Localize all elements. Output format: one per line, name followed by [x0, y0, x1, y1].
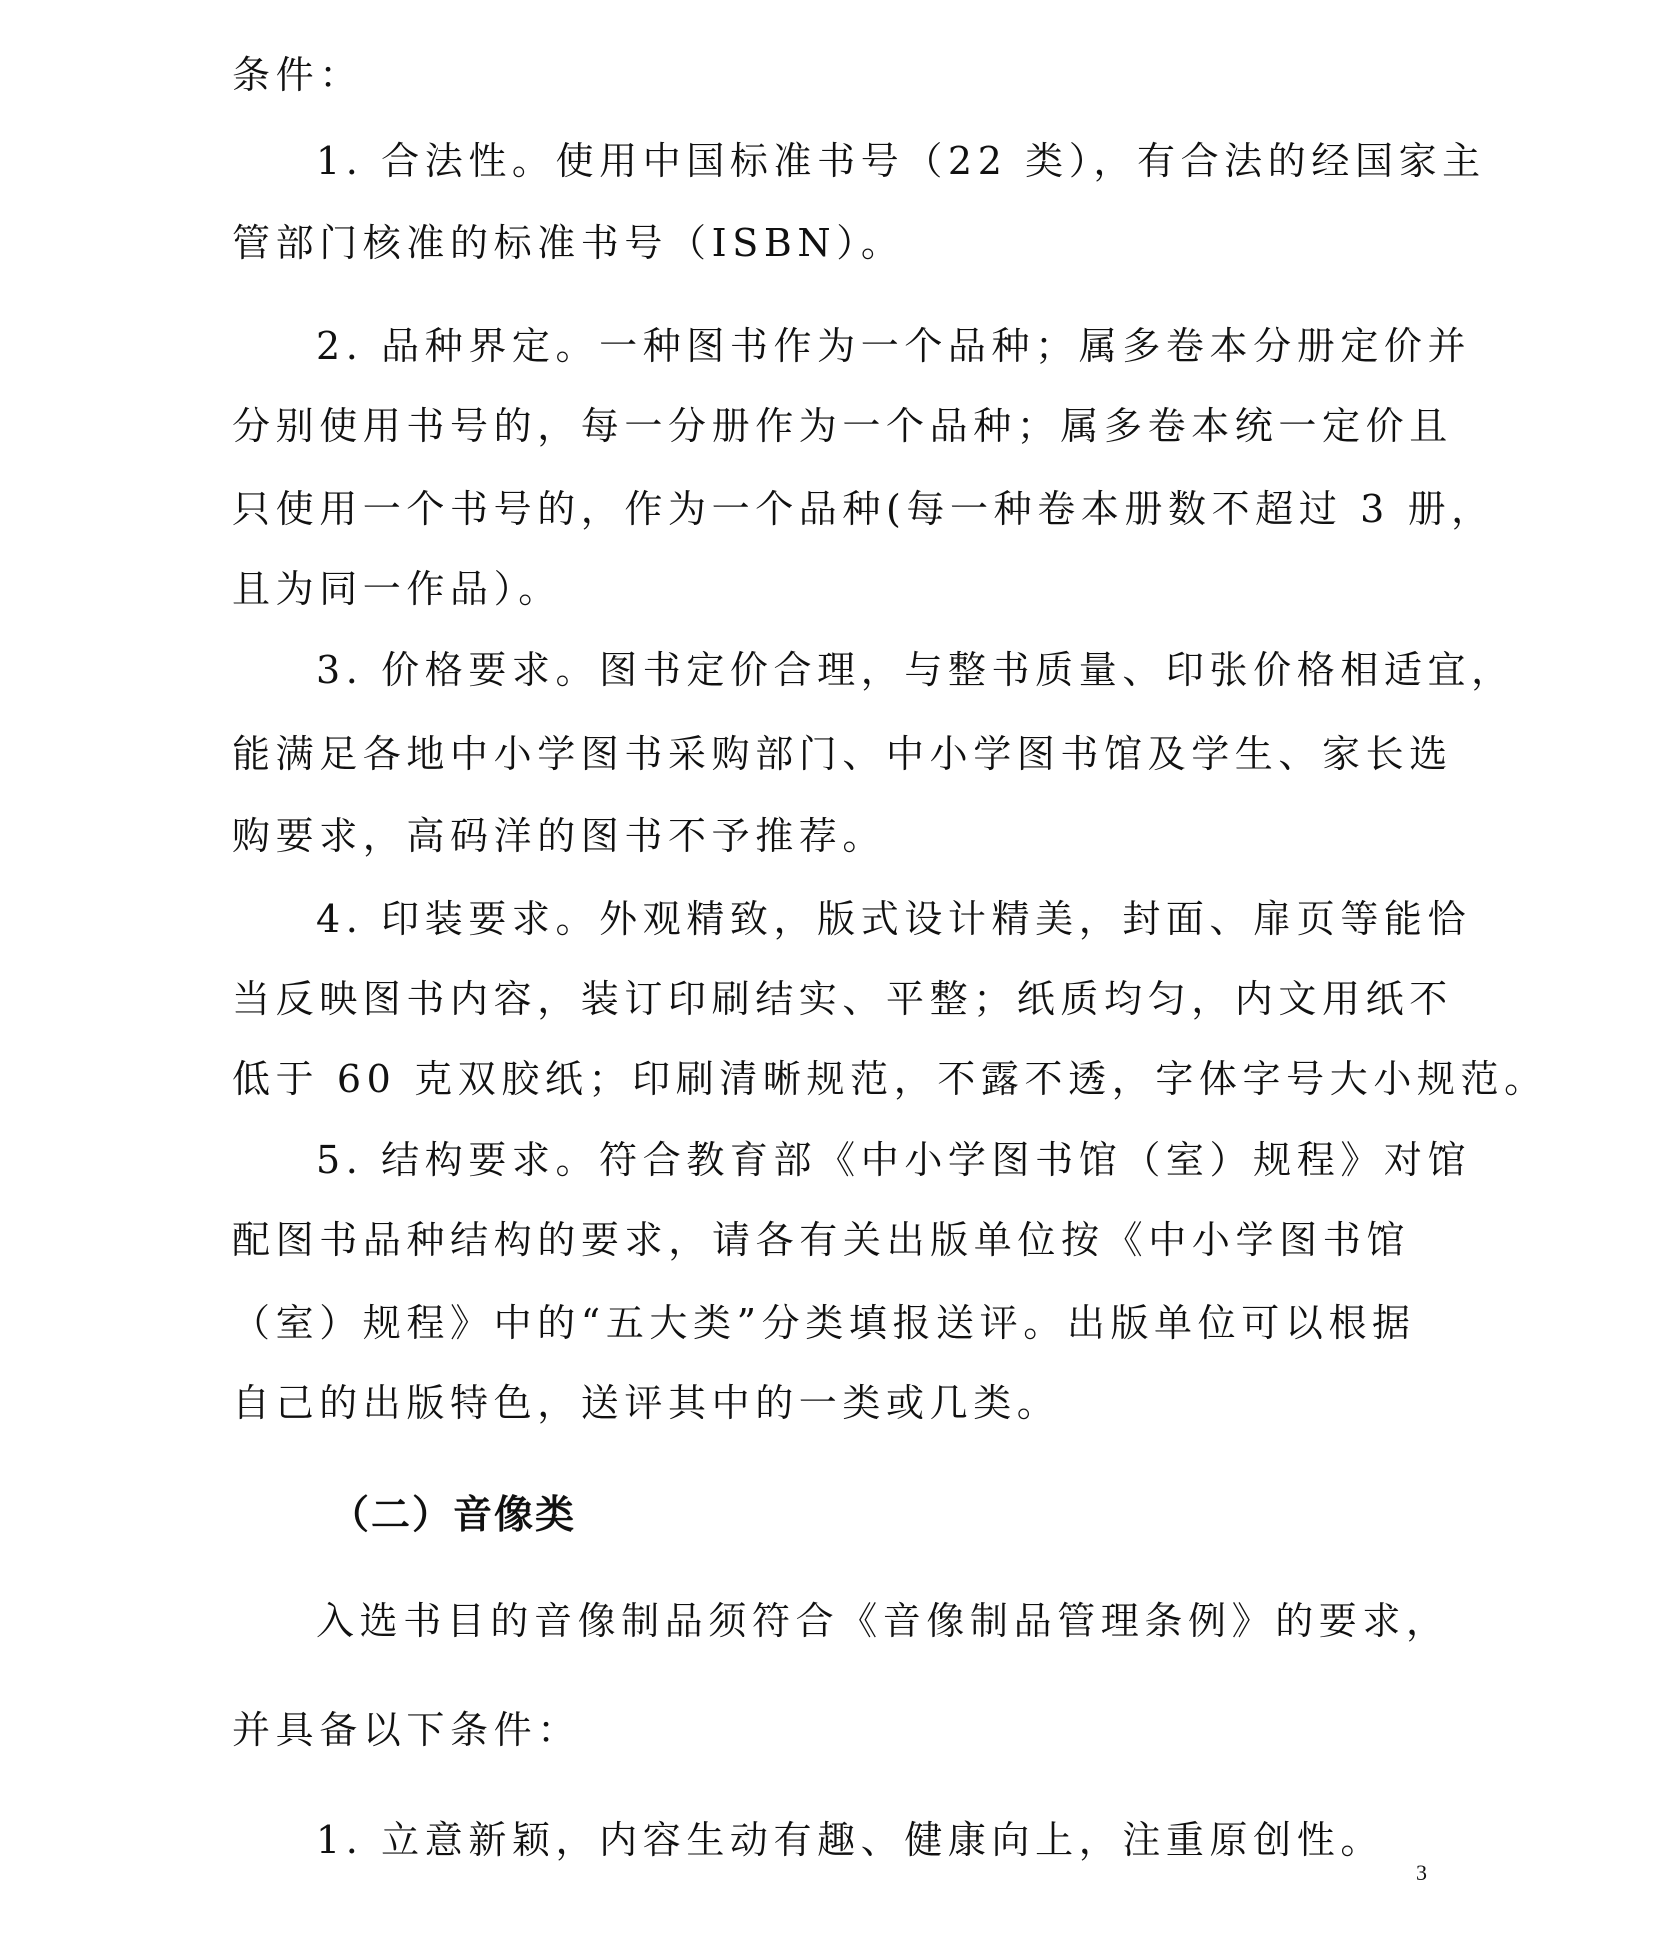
page-number: 3	[1416, 1860, 1427, 1886]
paragraph-line: 管部门核准的标准书号（ISBN）。	[232, 213, 1410, 273]
paragraph-line: 当反映图书内容，装订印刷结实、平整；纸质均匀，内文用纸不	[232, 969, 1410, 1029]
section-heading: （二）音像类	[330, 1486, 576, 1546]
paragraph-line: 只使用一个书号的，作为一个品种(每一种卷本册数不超过 3 册，	[232, 479, 1410, 539]
paragraph-line: 1. 立意新颖，内容生动有趣、健康向上，注重原创性。	[316, 1810, 1410, 1870]
paragraph-line: 购要求，高码洋的图书不予推荐。	[232, 806, 1410, 866]
paragraph-line: 自己的出版特色，送评其中的一类或几类。	[232, 1373, 1410, 1433]
paragraph-line: 并具备以下条件：	[232, 1700, 1410, 1760]
document-page: 条件： 1. 合法性。使用中国标准书号（22 类），有合法的经国家主 管部门核准…	[0, 0, 1654, 1937]
paragraph-line: 分别使用书号的，每一分册作为一个品种；属多卷本统一定价且	[232, 396, 1410, 456]
paragraph-line: 入选书目的音像制品须符合《音像制品管理条例》的要求，	[316, 1591, 1410, 1651]
paragraph-line: 2. 品种界定。一种图书作为一个品种；属多卷本分册定价并	[316, 316, 1410, 376]
paragraph-line: 5. 结构要求。符合教育部《中小学图书馆（室）规程》对馆	[316, 1130, 1410, 1190]
paragraph-line: 且为同一作品）。	[232, 559, 1410, 619]
paragraph-line: 4. 印装要求。外观精致，版式设计精美，封面、扉页等能恰	[316, 889, 1410, 949]
paragraph-line: 3. 价格要求。图书定价合理，与整书质量、印张价格相适宜，	[316, 640, 1410, 700]
paragraph-line: 1. 合法性。使用中国标准书号（22 类），有合法的经国家主	[316, 131, 1410, 191]
paragraph-line: 低于 60 克双胶纸；印刷清晰规范，不露不透，字体字号大小规范。	[232, 1049, 1410, 1109]
paragraph-line: 配图书品种结构的要求，请各有关出版单位按《中小学图书馆	[232, 1210, 1410, 1270]
paragraph-line: （室）规程》中的“五大类”分类填报送评。出版单位可以根据	[232, 1293, 1410, 1353]
paragraph-line: 能满足各地中小学图书采购部门、中小学图书馆及学生、家长选	[232, 724, 1410, 784]
paragraph-line: 条件：	[232, 45, 1410, 105]
